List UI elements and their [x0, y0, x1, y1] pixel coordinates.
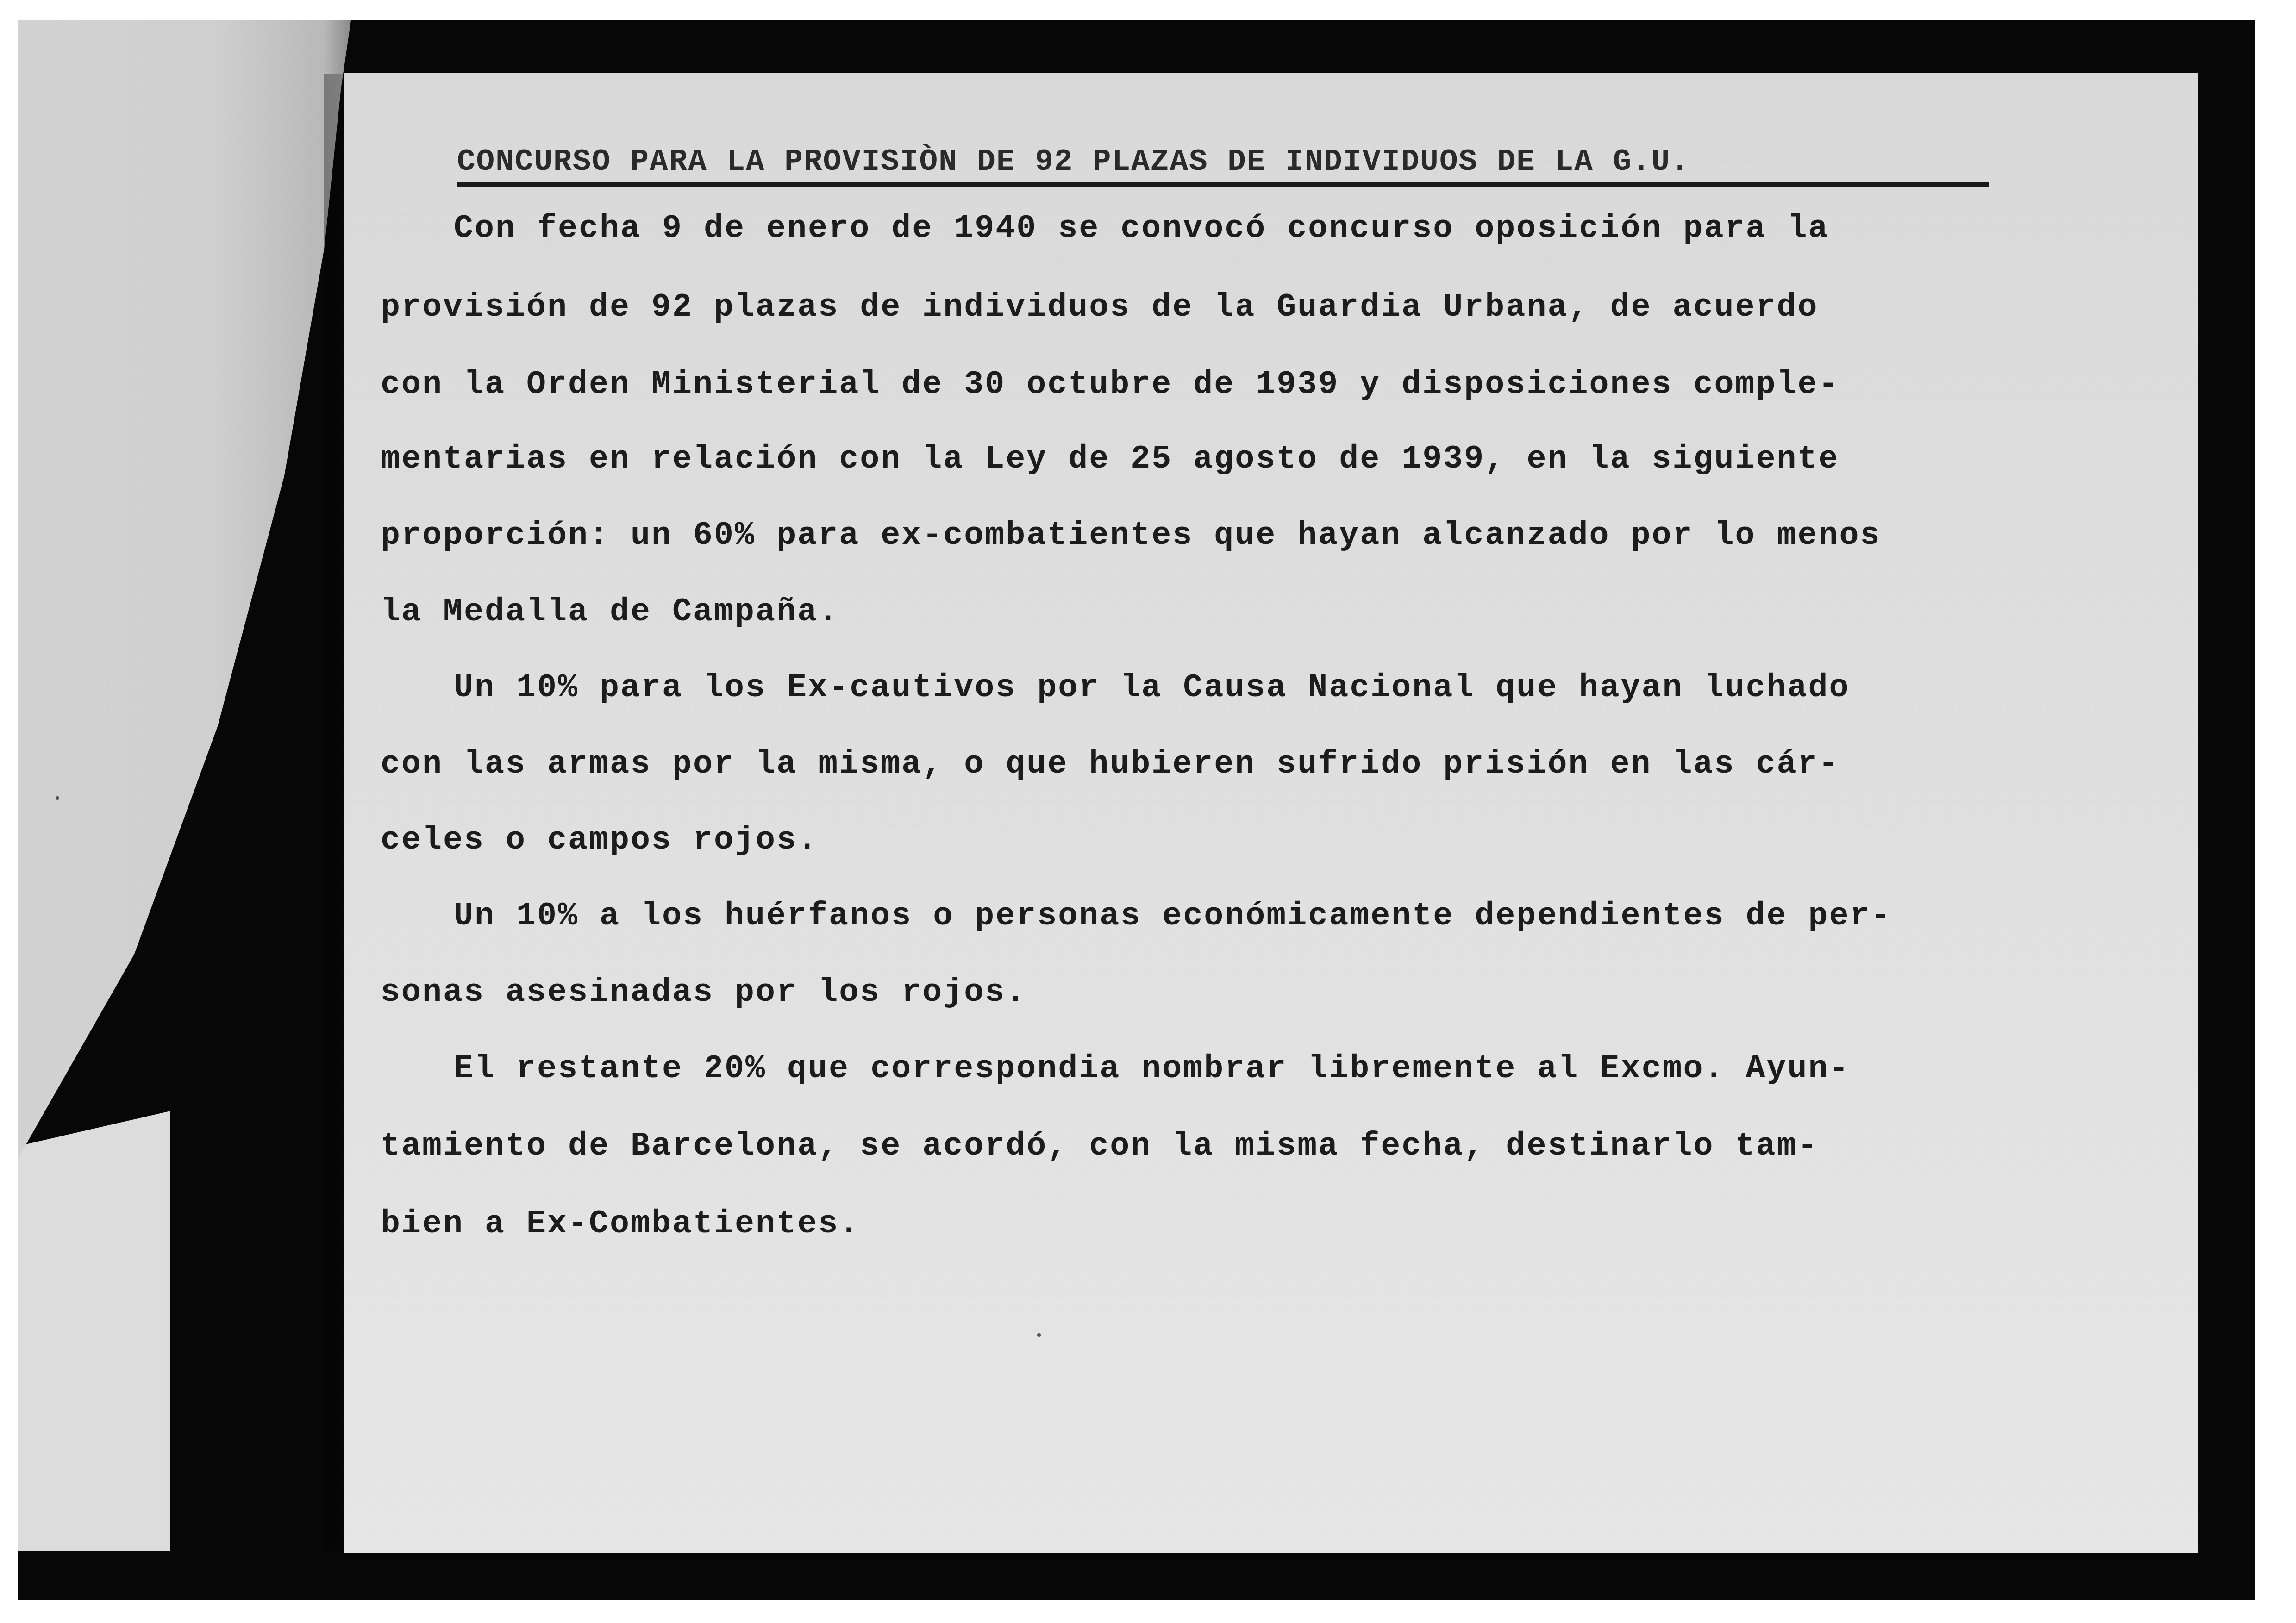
body-line: con las armas por la misma, o que hubier…: [381, 746, 1839, 783]
body-line: mentarias en relación con la Ley de 25 a…: [381, 441, 1839, 478]
body-line: bien a Ex-Combatientes.: [381, 1206, 860, 1242]
body-line: celes o campos rojos.: [381, 822, 818, 859]
body-line: tamiento de Barcelona, se acordó, con la…: [381, 1128, 1818, 1165]
body-line: Un 10% a los huérfanos o personas económ…: [454, 898, 1891, 935]
body-line: con la Orden Ministerial de 30 octubre d…: [381, 367, 1839, 403]
document-title: CONCURSO PARA LA PROVISIÒN DE 92 PLAZAS …: [457, 144, 1989, 187]
body-line: proporción: un 60% para ex-combatientes …: [381, 518, 1881, 554]
body-line: provisión de 92 plazas de individuos de …: [381, 289, 1818, 326]
paper-speck: [1037, 1333, 1041, 1337]
body-line: Un 10% para los Ex-cautivos por la Causa…: [454, 670, 1850, 706]
body-line: la Medalla de Campaña.: [381, 594, 839, 630]
body-line: El restante 20% que correspondia nombrar…: [454, 1051, 1850, 1087]
underlying-page-edge: [18, 1111, 170, 1551]
body-line: sonas asesinadas por los rojos.: [381, 974, 1026, 1011]
paper-speck: [56, 796, 59, 800]
body-line: Con fecha 9 de enero de 1940 se convocó …: [454, 211, 1829, 247]
